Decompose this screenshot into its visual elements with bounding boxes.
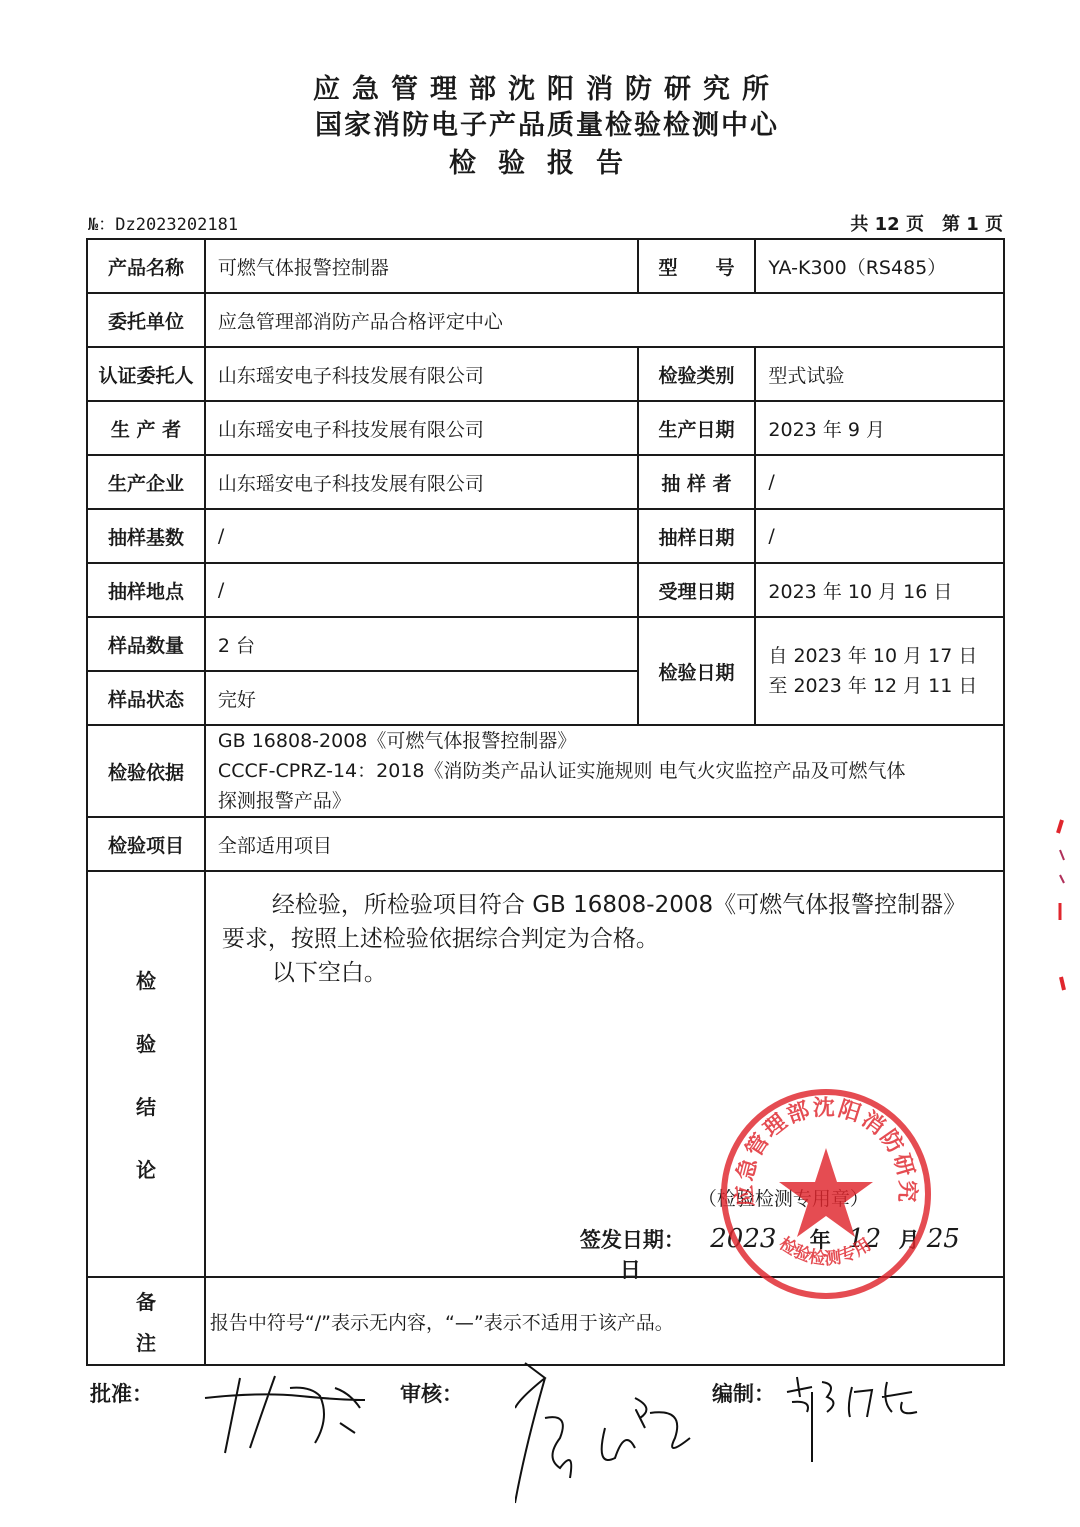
manufacturer-value: 山东瑶安电子科技发展有限公司 (205, 455, 638, 509)
conclusion-char: 检 (136, 965, 156, 994)
issue-date-label: 签发日期： (580, 1228, 685, 1252)
client-label: 委托单位 (87, 293, 205, 347)
test-date-from: 自 2023 年 10 月 17 日 (768, 641, 991, 671)
test-date-value: 自 2023 年 10 月 17 日 至 2023 年 12 月 11 日 (755, 617, 1004, 725)
sampling-date-label: 抽样日期 (638, 509, 756, 563)
year-unit: 年 (810, 1228, 831, 1252)
conclusion-char: 验 (136, 1028, 156, 1057)
table-row: 认证委托人 山东瑶安电子科技发展有限公司 检验类别 型式试验 (87, 347, 1004, 401)
report-meta: №：Dz2023202181 共 12 页 第 1 页 (88, 210, 1003, 236)
remark-label: 备 注 (87, 1277, 205, 1365)
cert-client-label: 认证委托人 (87, 347, 205, 401)
table-row: 委托单位 应急管理部消防产品合格评定中心 (87, 293, 1004, 347)
remark-char: 注 (136, 1327, 156, 1356)
basis-line: 探测报警产品》 (218, 786, 991, 816)
table-row: 检验项目 全部适用项目 (87, 817, 1004, 871)
issue-day: 25 (927, 1224, 960, 1254)
items-value: 全部适用项目 (205, 817, 1004, 871)
manufacturer-label: 生产企业 (87, 455, 205, 509)
table-row: 抽样地点 / 受理日期 2023 年 10 月 16 日 (87, 563, 1004, 617)
table-row: 生 产 者 山东瑶安电子科技发展有限公司 生产日期 2023 年 9 月 (87, 401, 1004, 455)
production-date-value: 2023 年 9 月 (755, 401, 1004, 455)
acceptance-date-value: 2023 年 10 月 16 日 (755, 563, 1004, 617)
report-table: 产品名称 可燃气体报警控制器 型 号 YA-K300（RS485） 委托单位 应… (86, 238, 1005, 1366)
report-number: №：Dz2023202181 (88, 210, 238, 235)
table-row: 生产企业 山东瑶安电子科技发展有限公司 抽 样 者 / (87, 455, 1004, 509)
model-value: YA-K300（RS485） (755, 239, 1004, 293)
sample-qty-label: 样品数量 (87, 617, 205, 671)
producer-label: 生 产 者 (87, 401, 205, 455)
product-name-value: 可燃气体报警控制器 (205, 239, 638, 293)
review-label: 审核： (400, 1378, 463, 1408)
compile-label: 编制： (712, 1378, 775, 1408)
table-row: 抽样基数 / 抽样日期 / (87, 509, 1004, 563)
report-header: 应急管理部沈阳消防研究所 国家消防电子产品质量检验检测中心 检验报告 (0, 72, 1080, 184)
table-row: 检 验 结 论 经检验，所检验项目符合 GB 16808-2008《可燃气体报警… (87, 871, 1004, 1277)
items-label: 检验项目 (87, 817, 205, 871)
test-date-to: 至 2023 年 12 月 11 日 (768, 671, 991, 701)
day-unit: 日 (620, 1258, 641, 1282)
report-title: 检验报告 (0, 144, 1080, 184)
remark-value: 报告中符号“/”表示无内容，“—”表示不适用于该产品。 (205, 1277, 1004, 1365)
issue-date: 签发日期： 2023 年 12 月 25 日 (580, 1224, 1003, 1284)
issue-year: 2023 (710, 1224, 776, 1254)
reviewer-signature-icon (515, 1358, 735, 1508)
client-value: 应急管理部消防产品合格评定中心 (205, 293, 1004, 347)
acceptance-date-label: 受理日期 (638, 563, 756, 617)
month-unit: 月 (898, 1228, 919, 1252)
sample-state-value: 完好 (205, 671, 638, 725)
institute-name: 应急管理部沈阳消防研究所 (0, 72, 1080, 108)
approver-signature-icon (200, 1368, 370, 1458)
sample-base-value: / (205, 509, 638, 563)
test-type-label: 检验类别 (638, 347, 756, 401)
center-name: 国家消防电子产品质量检验检测中心 (0, 108, 1080, 144)
sampling-date-value: / (755, 509, 1004, 563)
test-type-value: 型式试验 (755, 347, 1004, 401)
test-date-label: 检验日期 (638, 617, 756, 725)
page-count: 共 12 页 第 1 页 (850, 210, 1003, 236)
edge-seal-fragment-icon (1052, 815, 1072, 995)
remark-char: 备 (136, 1286, 156, 1315)
approve-label: 批准： (90, 1378, 153, 1408)
conclusion-char: 结 (136, 1091, 156, 1120)
table-row: 样品数量 2 台 检验日期 自 2023 年 10 月 17 日 至 2023 … (87, 617, 1004, 671)
basis-line: CCCF-CPRZ-14：2018《消防类产品认证实施规则 电气火灾监控产品及可… (218, 756, 991, 786)
table-row: 检验依据 GB 16808-2008《可燃气体报警控制器》 CCCF-CPRZ-… (87, 725, 1004, 817)
sample-base-label: 抽样基数 (87, 509, 205, 563)
conclusion-line: 以下空白。 (222, 956, 993, 990)
basis-label: 检验依据 (87, 725, 205, 817)
cert-client-value: 山东瑶安电子科技发展有限公司 (205, 347, 638, 401)
sample-state-label: 样品状态 (87, 671, 205, 725)
seal-note: （检验检测专用章） (698, 1184, 869, 1211)
basis-line: GB 16808-2008《可燃气体报警控制器》 (218, 726, 991, 756)
model-label: 型 号 (638, 239, 756, 293)
sample-qty-value: 2 台 (205, 617, 638, 671)
table-row: 产品名称 可燃气体报警控制器 型 号 YA-K300（RS485） (87, 239, 1004, 293)
conclusion-value: 经检验，所检验项目符合 GB 16808-2008《可燃气体报警控制器》 要求，… (205, 871, 1004, 1277)
sampler-label: 抽 样 者 (638, 455, 756, 509)
sampling-place-label: 抽样地点 (87, 563, 205, 617)
table-row: 备 注 报告中符号“/”表示无内容，“—”表示不适用于该产品。 (87, 1277, 1004, 1365)
conclusion-text: 经检验，所检验项目符合 GB 16808-2008《可燃气体报警控制器》 要求，… (222, 888, 993, 990)
basis-value: GB 16808-2008《可燃气体报警控制器》 CCCF-CPRZ-14：20… (205, 725, 1004, 817)
conclusion-line: 要求，按照上述检验依据综合判定为合格。 (222, 922, 993, 956)
conclusion-line: 经检验，所检验项目符合 GB 16808-2008《可燃气体报警控制器》 (222, 888, 993, 922)
production-date-label: 生产日期 (638, 401, 756, 455)
sampling-place-value: / (205, 563, 638, 617)
sampler-value: / (755, 455, 1004, 509)
issue-month: 12 (848, 1224, 881, 1254)
compiler-signature-icon (782, 1372, 932, 1472)
conclusion-char: 论 (136, 1154, 156, 1183)
conclusion-label: 检 验 结 论 (87, 871, 205, 1277)
producer-value: 山东瑶安电子科技发展有限公司 (205, 401, 638, 455)
product-name-label: 产品名称 (87, 239, 205, 293)
